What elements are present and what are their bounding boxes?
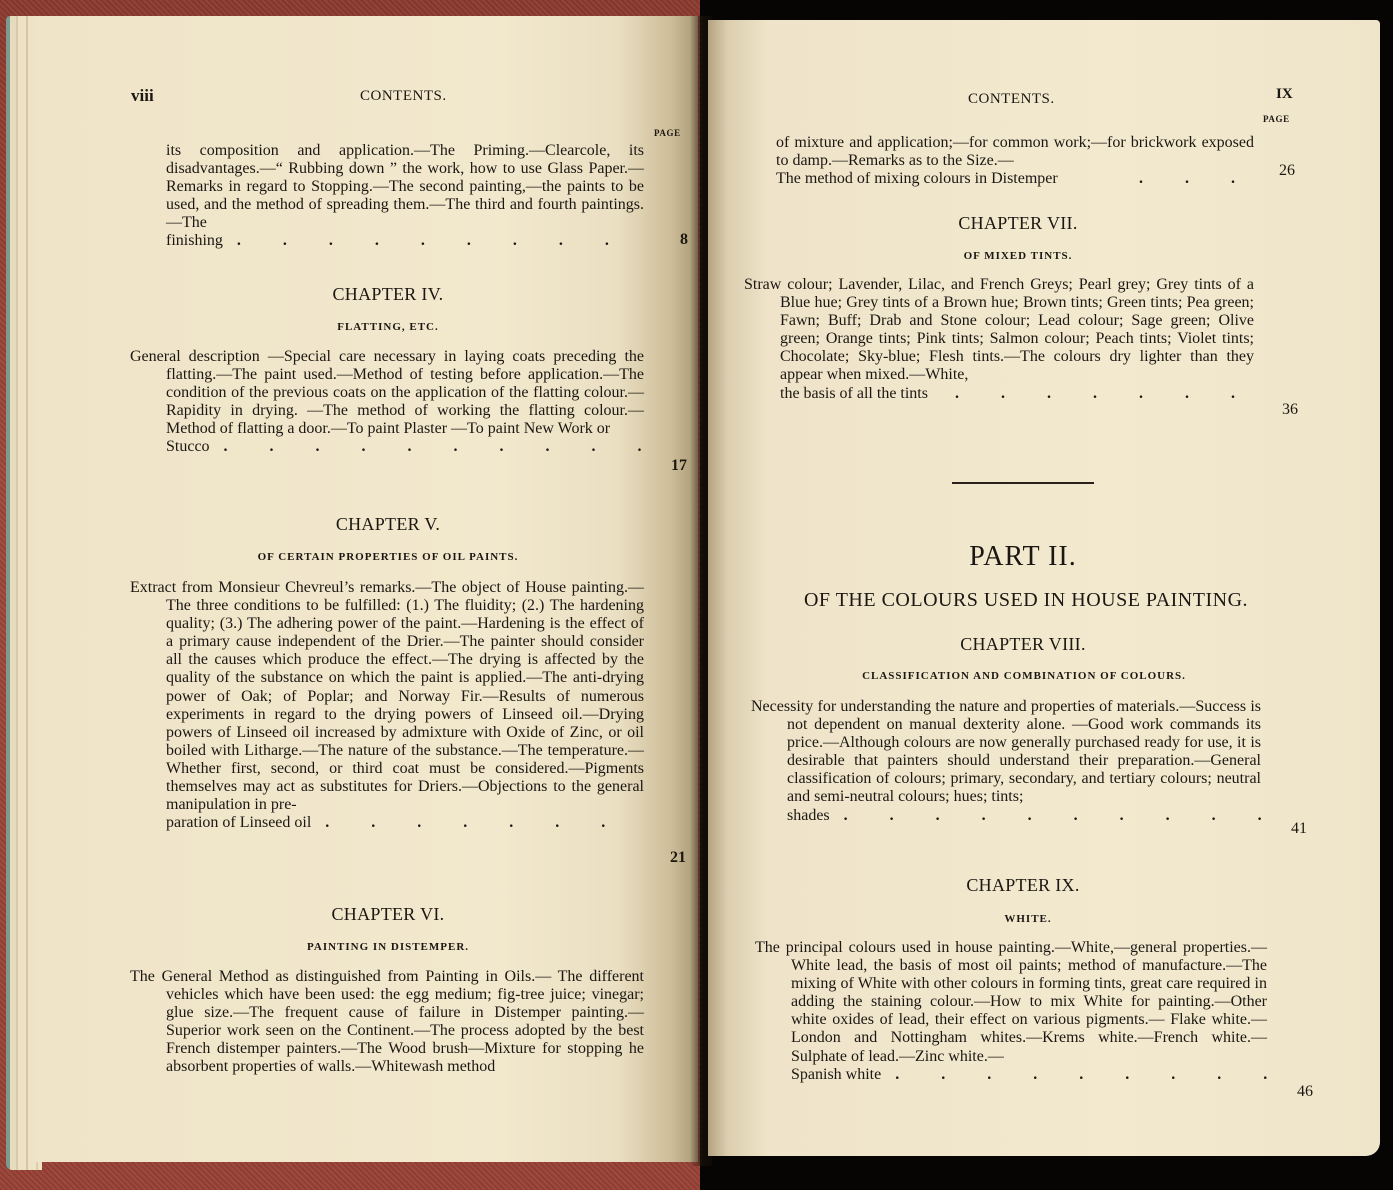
leader-line: Stucco . . . . . . . . . . . . . <box>130 438 644 456</box>
entry-last-words: shades <box>787 807 830 825</box>
leader-line: Spanish white . . . . . . . . . . <box>755 1066 1267 1084</box>
page-number: 17 <box>671 457 687 475</box>
chapter-subtitle: OF MIXED TINTS. <box>760 250 1276 262</box>
toc-entry-chapter-ix: The principal colours used in house pain… <box>755 939 1267 1084</box>
page-column-label-left: PAGE <box>654 128 681 138</box>
page-number: 26 <box>1279 162 1295 180</box>
entry-last-words: paration of Linseed oil <box>166 814 311 832</box>
chapter-subtitle: WHITE. <box>760 913 1296 925</box>
page-number: 21 <box>670 849 686 867</box>
chapter-heading: CHAPTER IV. <box>130 284 646 305</box>
toc-entry-chapter-v: Extract from Monsieur Chevreul’s remarks… <box>130 579 644 832</box>
chapter-heading: CHAPTER IX. <box>760 875 1286 896</box>
entry-text: General description —Special care necess… <box>130 348 644 438</box>
dot-leader: . . . . . . . . <box>325 814 644 832</box>
entry-last-words: Spanish white <box>791 1066 881 1084</box>
leader-line: shades . . . . . . . . . . . <box>751 807 1261 825</box>
entry-last-words: Stucco <box>166 438 210 456</box>
page-number: 8 <box>680 231 688 249</box>
entry-text: Extract from Monsieur Chevreul’s remarks… <box>130 579 644 814</box>
section-divider-rule <box>952 482 1094 484</box>
toc-entry-continuation-left: its composition and application.—The Pri… <box>166 142 644 251</box>
toc-entry-continuation-right: of mixture and application;—for common w… <box>776 134 1254 188</box>
entry-text: of mixture and application;—for common w… <box>776 134 1254 170</box>
entry-last-words: the basis of all the tints <box>780 385 928 403</box>
chapter-subtitle: OF CERTAIN PROPERTIES OF OIL PAINTS. <box>130 551 646 563</box>
chapter-subtitle: CLASSIFICATION AND COMBINATION OF COLOUR… <box>760 670 1288 682</box>
part-title: OF THE COLOURS USED IN HOUSE PAINTING. <box>760 589 1292 612</box>
dot-leader: . . . . . . . <box>942 385 1254 403</box>
part-heading: PART II. <box>760 541 1286 573</box>
dot-leader: . . . . . . . . . . <box>895 1066 1267 1084</box>
leader-line: finishing . . . . . . . . . . . . . <box>166 232 644 250</box>
page-number: 46 <box>1297 1083 1313 1101</box>
chapter-heading: CHAPTER V. <box>130 514 646 535</box>
dot-leader: . . . . . . . . . . . . . <box>224 438 644 456</box>
chapter-heading: CHAPTER VI. <box>130 904 646 925</box>
dot-leader: . . . . . . . . . . . . . <box>237 232 644 250</box>
running-head-right: CONTENTS. <box>968 91 1055 108</box>
dot-leader: . . . <box>1072 170 1254 188</box>
chapter-heading: CHAPTER VIII. <box>760 634 1286 655</box>
page-number: 36 <box>1282 401 1298 419</box>
chapter-subtitle: PAINTING IN DISTEMPER. <box>130 941 646 953</box>
chapter-heading: CHAPTER VII. <box>760 213 1276 234</box>
page-number: 41 <box>1291 820 1307 838</box>
dot-leader: . . . . . . . . . . . <box>844 807 1261 825</box>
toc-entry-chapter-vii: Straw colour; Lavender, Lilac, and Frenc… <box>744 276 1254 403</box>
entry-text: The principal colours used in house pain… <box>755 939 1267 1066</box>
entry-last-words: The method of mixing colours in Distempe… <box>776 170 1058 188</box>
page-folio-left: viii <box>131 86 154 106</box>
toc-entry-chapter-iv: General description —Special care necess… <box>130 348 644 457</box>
entry-text: its composition and application.—The Pri… <box>166 142 644 232</box>
toc-entry-chapter-viii: Necessity for understanding the nature a… <box>751 698 1261 825</box>
leader-line: The method of mixing colours in Distempe… <box>776 170 1254 188</box>
entry-text: Necessity for understanding the nature a… <box>751 698 1261 807</box>
entry-text: Straw colour; Lavender, Lilac, and Frenc… <box>744 276 1254 385</box>
page-column-label-right: PAGE <box>1263 114 1290 124</box>
toc-entry-chapter-vi: The General Method as distinguished from… <box>130 968 644 1077</box>
page-folio-right: ix <box>1276 86 1293 103</box>
leader-line: paration of Linseed oil . . . . . . . . <box>130 814 644 832</box>
running-head-left: CONTENTS. <box>360 88 447 105</box>
entry-last-words: finishing <box>166 232 223 250</box>
leader-line: the basis of all the tints . . . . . . . <box>744 385 1254 403</box>
entry-text: The General Method as distinguished from… <box>130 968 644 1077</box>
chapter-subtitle: FLATTING, ETC. <box>130 321 646 333</box>
